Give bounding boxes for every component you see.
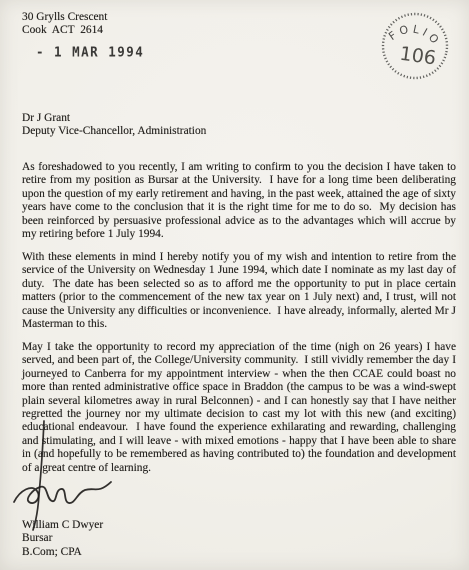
signer-title: Bursar [22, 532, 103, 545]
sender-address-line-1: 30 Grylls Crescent [22, 11, 107, 24]
letter-paragraph-3: May I take the opportunity to record my … [22, 341, 456, 475]
letter-body: As foreshadowed to you recently, I am wr… [22, 161, 456, 484]
received-date-stamp: - 1 MAR 1994 [36, 43, 144, 59]
recipient-name: Dr J Grant [22, 112, 206, 125]
signer-qualifications: B.Com; CPA [22, 546, 103, 559]
recipient-title: Deputy Vice-Chancellor, Administration [22, 125, 206, 138]
signer-name: William C Dwyer [22, 519, 103, 532]
folio-stamp-graphic: FOLIO 106 [374, 5, 456, 87]
folio-stamp: FOLIO 106 [374, 5, 456, 87]
sender-address: 30 Grylls Crescent Cook ACT 2614 [22, 11, 107, 38]
sender-address-line-2: Cook ACT 2614 [22, 24, 107, 37]
folio-stamp-number: 106 [398, 43, 437, 70]
letter-page: 30 Grylls Crescent Cook ACT 2614 - 1 MAR… [0, 0, 469, 570]
signature-block: William C Dwyer Bursar B.Com; CPA [22, 519, 103, 559]
recipient-address: Dr J Grant Deputy Vice-Chancellor, Admin… [22, 112, 206, 139]
letter-paragraph-1: As foreshadowed to you recently, I am wr… [22, 161, 456, 241]
letter-paragraph-2: With these elements in mind I hereby not… [22, 251, 456, 331]
